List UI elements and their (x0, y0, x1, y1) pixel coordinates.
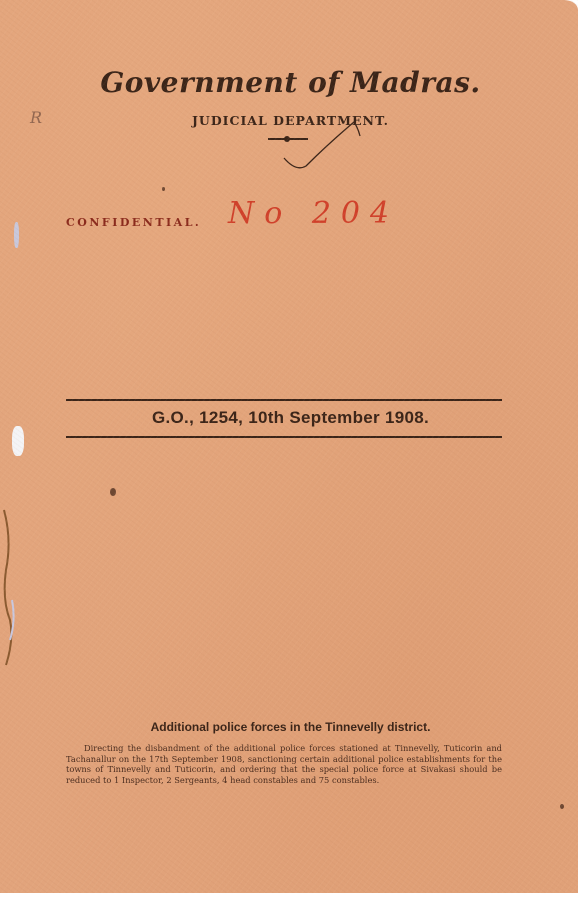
binding-string-icon (0, 500, 30, 670)
binding-hole (12, 426, 24, 456)
ink-spot (110, 488, 116, 496)
handwritten-check-mark-icon (280, 118, 370, 178)
confidential-stamp: CONFIDENTIAL. (66, 216, 201, 229)
document-cover-page: R Government of Madras. JUDICIAL DEPARTM… (0, 0, 578, 893)
subject-title: Additional police forces in the Tinnevel… (0, 720, 581, 734)
order-reference: G.O., 1254, 10th September 1908. (0, 408, 581, 428)
handwritten-file-number: No 204 (228, 196, 399, 231)
ink-spot (560, 804, 564, 809)
top-divider (66, 399, 502, 401)
bottom-divider (66, 436, 502, 438)
order-summary: Directing the disbandment of the additio… (66, 743, 502, 785)
government-heading: Government of Madras. (0, 66, 581, 99)
ink-spot (162, 187, 165, 191)
binding-tear (14, 222, 19, 248)
